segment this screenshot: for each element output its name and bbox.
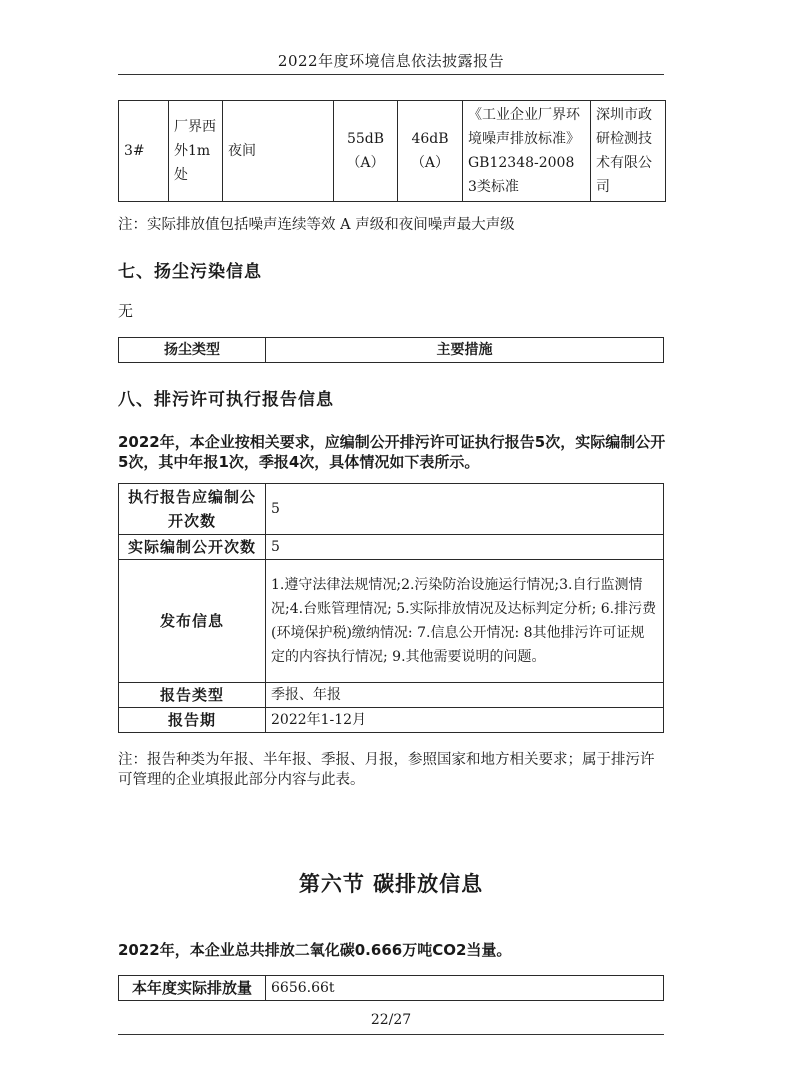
table-header-row: 扬尘类型 主要措施 [119,338,664,363]
point-id-cell: 3# [119,101,169,202]
row-value: 2022年1-12月 [266,708,664,733]
page-header-title: 2022年度环境信息依法披露报告 [118,50,664,71]
actual-value-cell: 46dB（A） [398,101,463,202]
noise-monitoring-table: 3# 厂界西外1m处 夜间 55dB（A） 46dB（A） 《工业企业厂界环境噪… [118,100,666,202]
row-label: 报告期 [119,708,266,733]
page-number: 22/27 [118,1012,664,1028]
table-row: 实际编制公开次数 5 [119,535,664,560]
measures-header: 主要措施 [266,338,664,363]
row-label: 本年度实际排放量 [119,976,266,1001]
row-value: 1.遵守法律法规情况;2.污染防治设施运行情况;3.自行监测情况;4.台账管理情… [266,560,664,683]
limit-cell: 55dB（A） [334,101,398,202]
carbon-emission-table: 本年度实际排放量 6656.66t [118,975,664,1001]
dust-table: 扬尘类型 主要措施 [118,337,664,363]
dust-type-header: 扬尘类型 [119,338,266,363]
row-value: 季报、年报 [266,683,664,708]
period-cell: 夜间 [223,101,334,202]
header-divider [118,74,664,75]
location-cell: 厂界西外1m处 [169,101,223,202]
row-label: 执行报告应编制公开次数 [119,484,266,535]
row-value: 6656.66t [266,976,664,1001]
row-value: 5 [266,535,664,560]
row-label: 发布信息 [119,560,266,683]
table-row: 3# 厂界西外1m处 夜间 55dB（A） 46dB（A） 《工业企业厂界环境噪… [119,101,666,202]
section8-note: 注：报告种类为年报、半年报、季报、月报，参照国家和地方相关要求；属于排污许可管理… [118,750,668,790]
table-row: 执行报告应编制公开次数 5 [119,484,664,535]
table-row: 报告期 2022年1-12月 [119,708,664,733]
section7-status: 无 [118,300,133,321]
permit-report-table: 执行报告应编制公开次数 5 实际编制公开次数 5 发布信息 1.遵守法律法规情况… [118,483,664,733]
table-row: 本年度实际排放量 6656.66t [119,976,664,1001]
agency-cell: 深圳市政研检测技术有限公司 [591,101,666,202]
section8-heading: 八、排污许可执行报告信息 [118,385,334,410]
table-row: 发布信息 1.遵守法律法规情况;2.污染防治设施运行情况;3.自行监测情况;4.… [119,560,664,683]
section7-heading: 七、扬尘污染信息 [118,257,262,282]
section8-paragraph: 2022年，本企业按相关要求，应编制公开排污许可证执行报告5次，实际编制公开5次… [118,432,666,472]
section6-title: 第六节 碳排放信息 [118,868,664,898]
footer-divider [118,1034,664,1035]
section6-paragraph: 2022年，本企业总共排放二氧化碳0.666万吨CO2当量。 [118,940,666,960]
row-value: 5 [266,484,664,535]
row-label: 报告类型 [119,683,266,708]
noise-note: 注：实际排放值包括噪声连续等效 A 声级和夜间噪声最大声级 [118,215,668,235]
row-label: 实际编制公开次数 [119,535,266,560]
standard-cell: 《工业企业厂界环境噪声排放标准》GB12348-2008 3类标准 [463,101,591,202]
table-row: 报告类型 季报、年报 [119,683,664,708]
